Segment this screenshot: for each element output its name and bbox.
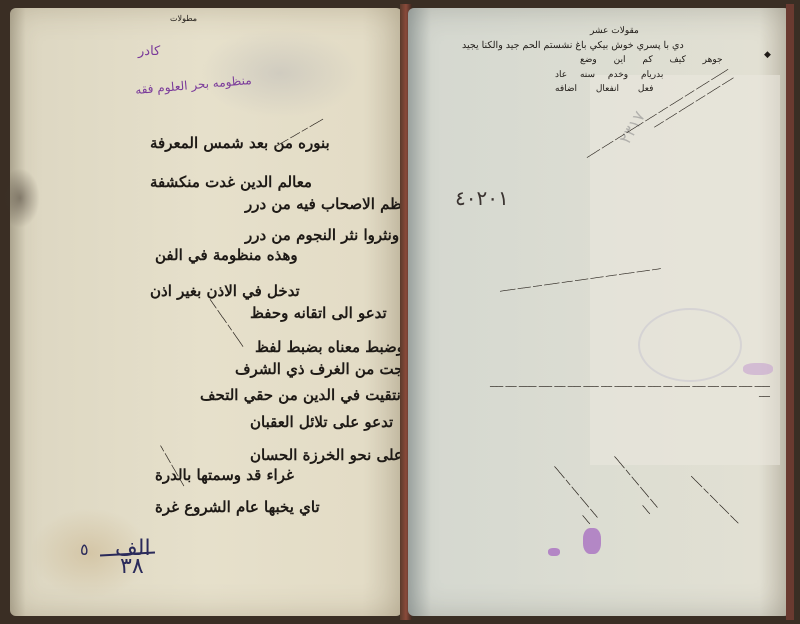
verse-line: وضبط معناه بضبط لفظ — [255, 338, 404, 356]
folio-number-side: ٥ — [80, 540, 89, 559]
edge-stain — [0, 168, 40, 228]
purple-title: منظومه بحر العلوم فقه — [135, 73, 253, 97]
verse-line: تدعو الى اتقانه وحفظ — [250, 304, 387, 322]
verse-line: ونثروا نثر النجوم من درر — [245, 226, 399, 244]
right-top-line: بدريام وخدم سنه عاد — [555, 70, 663, 80]
right-top-line: جوهر كيف كم اين وضع — [580, 55, 723, 65]
right-top-line: دي با پسري خوش بيكي باغ نشستم الحم جيد و… — [462, 40, 684, 51]
ink-number: ٤٠٢٠١ — [455, 186, 509, 210]
corner-mark: ◆ — [764, 50, 771, 60]
purple-corner-note: كادر — [138, 44, 160, 59]
verse-line: على نحو الخرزة الحسان — [250, 446, 403, 464]
open-manuscript-book: مطولات كادر منظومه بحر العلوم فقه بنوره … — [0, 0, 800, 624]
verse-line: تدعجت من الغرف ذي الشرف — [235, 360, 425, 378]
verse-line: تدعو على تلائل العقبان — [250, 413, 393, 431]
verse-line: تاي يخبها عام الشروع غرة — [155, 498, 320, 516]
left-page: مطولات كادر منظومه بحر العلوم فقه بنوره … — [10, 8, 402, 616]
header-note: مطولات — [170, 14, 197, 23]
right-top-line: فعل انفعال اضافه — [555, 84, 653, 94]
book-edge — [786, 4, 794, 620]
water-stain — [200, 28, 360, 118]
verse-line: فانتقيت في الدين من حقي التحف — [200, 386, 413, 404]
folio-number-bottom: ٣٨ — [120, 554, 144, 579]
commentary-block: ـــــــ ــــــ ـــــــ ـــــ ــــــ ــــ… — [480, 380, 770, 450]
right-top-title: مقولات عشر — [590, 26, 639, 36]
